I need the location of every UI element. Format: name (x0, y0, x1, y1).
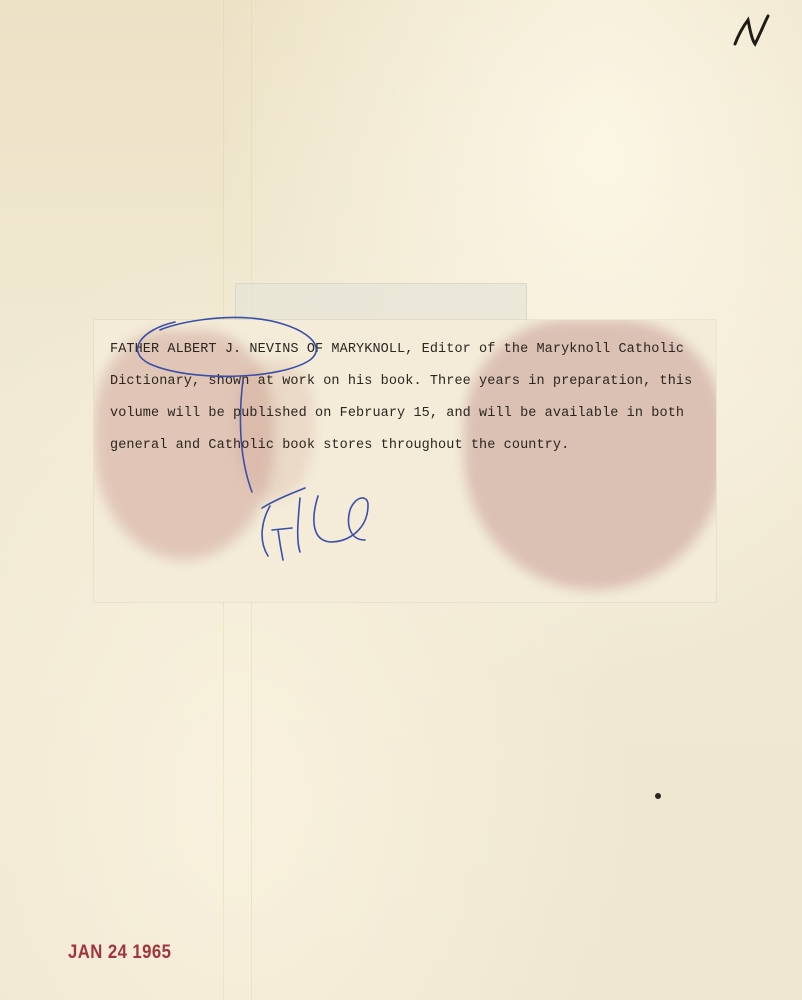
caption-line: general and Catholic book stores through… (110, 430, 710, 462)
caption-line: FATHER ALBERT J. NEVINS OF MARYKNOLL, Ed… (110, 334, 710, 366)
caption-line: Dictionary, shown at work on his book. T… (110, 366, 710, 398)
caption-line: volume will be published on February 15,… (110, 398, 710, 430)
ink-dot (655, 793, 661, 799)
corner-n-mark (735, 16, 768, 44)
typed-caption: FATHER ALBERT J. NEVINS OF MARYKNOLL, Ed… (110, 334, 710, 462)
date-stamp: JAN 24 1965 (68, 942, 171, 964)
caption-clipping: FATHER ALBERT J. NEVINS OF MARYKNOLL, Ed… (94, 320, 716, 602)
